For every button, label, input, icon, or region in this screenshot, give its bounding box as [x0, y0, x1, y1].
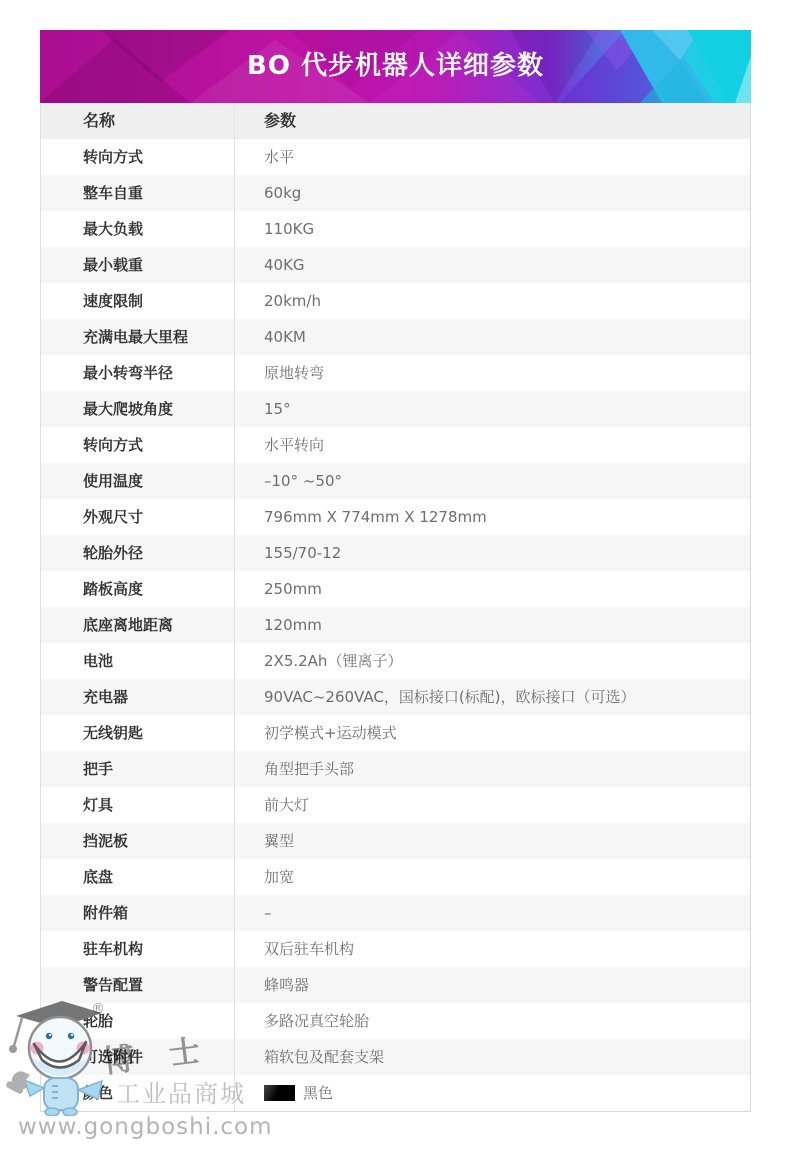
spec-value-text: 15°: [264, 391, 291, 427]
spec-name: 充电器: [41, 679, 234, 715]
spec-name: 外观尺寸: [41, 499, 234, 535]
spec-name: 最大负载: [41, 211, 234, 247]
spec-value-text: 加宽: [264, 859, 294, 895]
color-swatch: [264, 1085, 295, 1101]
table-row: 充满电最大里程 40KM: [41, 319, 750, 355]
spec-table: 名称 参数 转向方式 水平 整车自重 60kg 最大负载 110KG 最小载重 …: [40, 103, 751, 1112]
spec-table-body: 转向方式 水平 整车自重 60kg 最大负载 110KG 最小载重 40KG 速…: [41, 139, 750, 1111]
spec-value-text: 水平转向: [264, 427, 324, 463]
spec-value: 15°: [234, 391, 750, 427]
table-row: 外观尺寸 796mm X 774mm X 1278mm: [41, 499, 750, 535]
table-row: 挡泥板 翼型: [41, 823, 750, 859]
table-row: 最小转弯半径 原地转弯: [41, 355, 750, 391]
table-row: 转向方式 水平转向: [41, 427, 750, 463]
spec-value-text: –10° ~50°: [264, 463, 342, 499]
spec-value: 翼型: [234, 823, 750, 859]
spec-value-text: 110KG: [264, 211, 314, 247]
table-row: 最小载重 40KG: [41, 247, 750, 283]
page-title: BO 代步机器人详细参数: [40, 30, 751, 103]
spec-value: 2X5.2Ah（锂离子）: [234, 643, 750, 679]
spec-value: 110KG: [234, 211, 750, 247]
spec-value-text: 原地转弯: [264, 355, 324, 391]
table-header-row: 名称 参数: [41, 103, 750, 139]
spec-value-text: 角型把手头部: [264, 751, 354, 787]
spec-value-text: 水平: [264, 139, 294, 175]
spec-value: 前大灯: [234, 787, 750, 823]
spec-value-text: 双后驻车机构: [264, 931, 354, 967]
table-row: 底座离地距离 120mm: [41, 607, 750, 643]
spec-name: 附件箱: [41, 895, 234, 931]
spec-value: 155/70-12: [234, 535, 750, 571]
spec-value: 加宽: [234, 859, 750, 895]
spec-value-text: 155/70-12: [264, 535, 341, 571]
spec-sheet-page: BO 代步机器人详细参数 名称 参数 转向方式 水平 整车自重 60kg 最大负…: [0, 0, 790, 1151]
spec-name: 最小转弯半径: [41, 355, 234, 391]
spec-value: 蜂鸣器: [234, 967, 750, 1003]
spec-value-text: 40KG: [264, 247, 305, 283]
spec-value-text: 前大灯: [264, 787, 309, 823]
table-row: 附件箱 –: [41, 895, 750, 931]
spec-value-text: 90VAC~260VAC，国标接口(标配)，欧标接口（可选）: [264, 679, 636, 715]
spec-value: 多路况真空轮胎: [234, 1003, 750, 1039]
table-row: 速度限制 20km/h: [41, 283, 750, 319]
spec-value-text: 初学模式+运动模式: [264, 715, 397, 751]
spec-value: 原地转弯: [234, 355, 750, 391]
spec-value: 初学模式+运动模式: [234, 715, 750, 751]
spec-value-text: 2X5.2Ah（锂离子）: [264, 643, 402, 679]
table-row: 灯具 前大灯: [41, 787, 750, 823]
banner: BO 代步机器人详细参数: [40, 30, 751, 103]
spec-name: 最大爬坡角度: [41, 391, 234, 427]
mall-watermark: 工业品商城: [116, 1074, 246, 1109]
spec-name: 轮胎外径: [41, 535, 234, 571]
spec-value-text: 40KM: [264, 319, 306, 355]
spec-value: 60kg: [234, 175, 750, 211]
spec-value: –10° ~50°: [234, 463, 750, 499]
table-row: 使用温度 –10° ~50°: [41, 463, 750, 499]
spec-name: 充满电最大里程: [41, 319, 234, 355]
spec-value: 角型把手头部: [234, 751, 750, 787]
header-name-column: 名称: [41, 103, 234, 139]
table-row: 轮胎外径 155/70-12: [41, 535, 750, 571]
table-row: 最大负载 110KG: [41, 211, 750, 247]
table-row: 整车自重 60kg: [41, 175, 750, 211]
registered-mark-watermark: ®: [91, 1001, 105, 1017]
spec-value-text: 250mm: [264, 571, 322, 607]
table-row: 踏板高度 250mm: [41, 571, 750, 607]
spec-name: 电池: [41, 643, 234, 679]
table-row: 警告配置 蜂鸣器: [41, 967, 750, 1003]
spec-value-text: 翼型: [264, 823, 294, 859]
table-row: 充电器 90VAC~260VAC，国标接口(标配)，欧标接口（可选）: [41, 679, 750, 715]
spec-value: 双后驻车机构: [234, 931, 750, 967]
table-row: 驻车机构 双后驻车机构: [41, 931, 750, 967]
table-row: 底盘 加宽: [41, 859, 750, 895]
spec-value-text: 蜂鸣器: [264, 967, 309, 1003]
spec-value-text: 120mm: [264, 607, 322, 643]
spec-name: 速度限制: [41, 283, 234, 319]
spec-value: 箱软包及配套支架: [234, 1039, 750, 1075]
table-row: 转向方式 水平: [41, 139, 750, 175]
spec-name: 挡泥板: [41, 823, 234, 859]
spec-value: 40KG: [234, 247, 750, 283]
spec-name: 使用温度: [41, 463, 234, 499]
site-url-watermark: www.gongboshi.com: [18, 1114, 273, 1140]
spec-value: 250mm: [234, 571, 750, 607]
spec-name: 最小载重: [41, 247, 234, 283]
spec-name: 灯具: [41, 787, 234, 823]
spec-value-text: 箱软包及配套支架: [264, 1039, 384, 1075]
spec-value: 20km/h: [234, 283, 750, 319]
spec-value-text: 60kg: [264, 175, 301, 211]
spec-name: 转向方式: [41, 427, 234, 463]
spec-name: 无线钥匙: [41, 715, 234, 751]
spec-value: 水平转向: [234, 427, 750, 463]
table-row: 无线钥匙 初学模式+运动模式: [41, 715, 750, 751]
spec-value-text: 黑色: [303, 1075, 333, 1111]
spec-name: 踏板高度: [41, 571, 234, 607]
table-row: 电池 2X5.2Ah（锂离子）: [41, 643, 750, 679]
spec-value: 120mm: [234, 607, 750, 643]
spec-name: 把手: [41, 751, 234, 787]
table-row: 最大爬坡角度 15°: [41, 391, 750, 427]
spec-value: 40KM: [234, 319, 750, 355]
spec-value: 水平: [234, 139, 750, 175]
spec-value-text: 20km/h: [264, 283, 321, 319]
header-value-column: 参数: [234, 103, 750, 139]
table-row: 把手 角型把手头部: [41, 751, 750, 787]
spec-value: 黑色: [234, 1075, 750, 1111]
spec-name: 转向方式: [41, 139, 234, 175]
spec-name: 整车自重: [41, 175, 234, 211]
spec-value-text: 796mm X 774mm X 1278mm: [264, 499, 487, 535]
spec-name: 底座离地距离: [41, 607, 234, 643]
spec-value: –: [234, 895, 750, 931]
spec-value: 90VAC~260VAC，国标接口(标配)，欧标接口（可选）: [234, 679, 750, 715]
spec-value-text: 多路况真空轮胎: [264, 1003, 369, 1039]
spec-name: 驻车机构: [41, 931, 234, 967]
spec-name: 底盘: [41, 859, 234, 895]
spec-value-text: –: [264, 895, 272, 931]
spec-value: 796mm X 774mm X 1278mm: [234, 499, 750, 535]
